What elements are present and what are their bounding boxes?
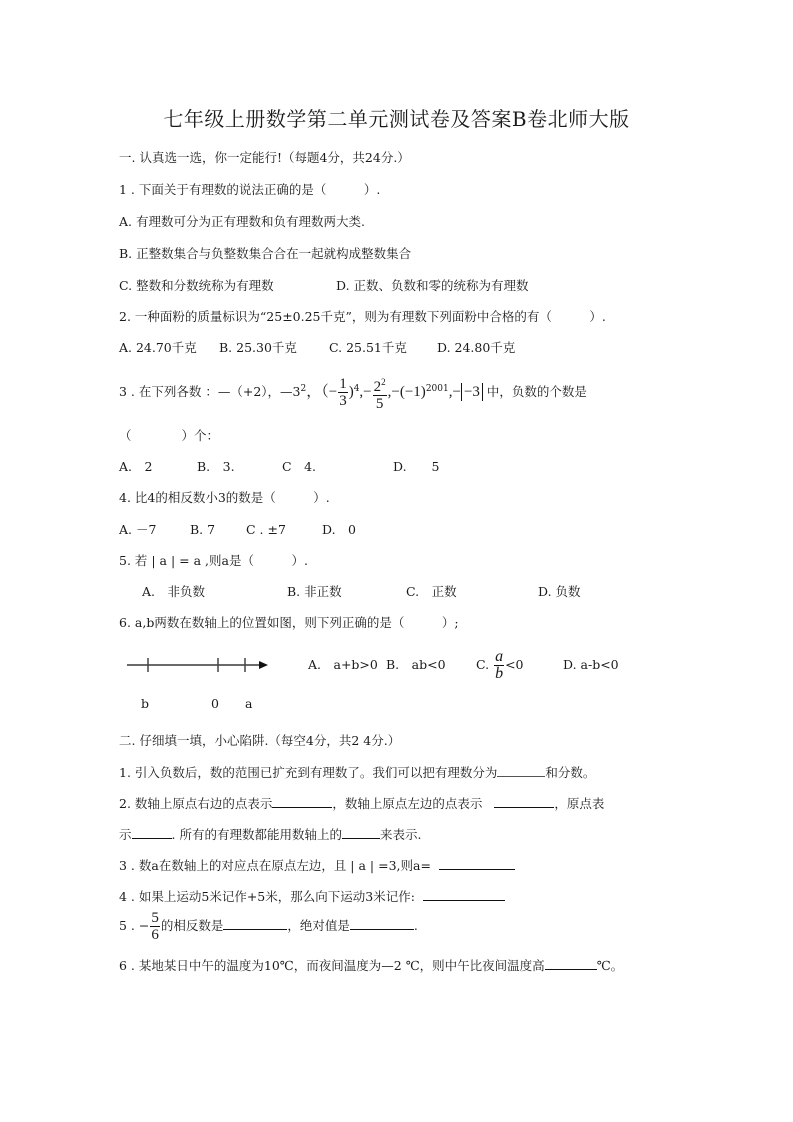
q6-stem: 6. a,b两数在数轴上的位置如图，则下列正确的是（ ）; — [119, 615, 459, 631]
q4-option-d: D. 0 — [322, 522, 356, 538]
fill-q2-blank-left[interactable] — [494, 795, 554, 808]
q5-option-c: C. 正数 — [406, 584, 457, 600]
fill-q1: 1. 引入负数后，数的范围已扩充到有理数了。我们可以把有理数分为和分数。 — [119, 764, 595, 781]
fill-q3: 3 . 数a在数轴上的对应点在原点左边，且 | a | =3,则a= — [119, 857, 515, 874]
q3-fraction-one-third: 13 — [338, 376, 348, 409]
q4-option-c: C . ±7 — [246, 522, 286, 538]
fill-q1-blank[interactable] — [497, 764, 545, 777]
number-line-label-a: a — [245, 696, 252, 711]
q3-power-2001: 2001 — [426, 384, 449, 394]
q3-stem: 3 . 在下列各数 ：—（+2），—32，（−13)4,−225,−(−1)20… — [119, 372, 587, 412]
q3-option-d: D. 5 — [393, 459, 440, 475]
q1-option-b: B. 正整数集合与负整数集合合在一起就构成整数集合 — [119, 246, 411, 262]
q2-option-b: B. 25.30千克 — [219, 340, 297, 356]
number-line-label-b: b — [141, 696, 149, 711]
fill-q5-blank-opposite[interactable] — [223, 917, 287, 930]
q3-prefix: 3 . 在下列各数 ：—（+2），—3 — [119, 384, 300, 399]
q1-stem: 1 . 下面关于有理数的说法正确的是（ ）. — [119, 182, 380, 198]
q3-option-b: B. 3. — [197, 459, 235, 475]
q6-option-d: D. a-b<0 — [563, 657, 619, 673]
fill-q2-blank-origin[interactable] — [132, 826, 172, 839]
q1-option-c: C. 整数和分数统称为有理数 — [119, 278, 274, 294]
q6-option-b: B. ab<0 — [386, 657, 446, 673]
q2-option-d: D. 24.80千克 — [437, 340, 515, 356]
q4-option-a: A. －7 — [119, 522, 156, 538]
q4-option-b: B. 7 — [190, 522, 215, 538]
fill-q2-blank-numberline[interactable] — [342, 826, 380, 839]
fill-q3-blank[interactable] — [439, 857, 515, 870]
fill-q5: 5 . −56的相反数是，绝对值是. — [119, 909, 418, 943]
q4-stem: 4. 比4的相反数小3的数是（ ）. — [119, 490, 330, 506]
q6-option-c: C. ab<0 — [476, 646, 524, 684]
fill-q2-line2: 示. 所有的有理数都能用数轴上的来表示. — [119, 826, 421, 843]
q5-option-a: A. 非负数 — [142, 584, 205, 600]
q6-fraction-a-over-b: ab — [494, 649, 504, 682]
q3-sep1: ，（− — [306, 384, 337, 400]
q3-absolute-value: −3 — [461, 383, 483, 401]
fill-q4: 4 . 如果上运动5米记作+5米，那么向下运动3米记作: — [119, 888, 505, 905]
q2-option-a: A. 24.70千克 — [119, 340, 197, 356]
fill-q5-blank-absolute[interactable] — [350, 917, 414, 930]
document-title: 七年级上册数学第二单元测试卷及答案B卷北师大版 — [0, 103, 793, 132]
q3-option-c: C 4. — [282, 459, 316, 475]
q3-suffix: 中，负数的个数是 — [487, 384, 587, 399]
q3-stem-line2: （ ）个： — [119, 428, 219, 444]
q2-option-c: C. 25.51千克 — [329, 340, 407, 356]
q3-fraction-two-sq-over-five: 225 — [373, 374, 387, 412]
fill-q2-blank-right[interactable] — [272, 795, 332, 808]
number-line-diagram — [127, 657, 277, 673]
q3-option-a: A. 2 — [119, 459, 152, 475]
fill-q6-blank[interactable] — [545, 957, 597, 970]
fill-q4-blank[interactable] — [423, 888, 505, 901]
section2-heading: 二. 仔细填一填，小心陷阱.（每空4分，共2 4分.） — [119, 733, 400, 749]
q1-option-d: D. 正数、负数和零的统称为有理数 — [336, 278, 529, 294]
section1-heading: 一. 认真选一选，你一定能行!（每题4分，共24分.） — [119, 150, 410, 166]
q1-option-a: A. 有理数可分为正有理数和负有理数两大类. — [119, 214, 365, 230]
fill-q6: 6 . 某地某日中午的温度为10℃，而夜间温度为—2 ℃，则中午比夜间温度高℃。 — [119, 957, 623, 974]
q6-option-a: A. a+b>0 — [308, 657, 378, 673]
q5-option-d: D. 负数 — [538, 584, 581, 600]
q5-stem: 5. 若 | a | = a ,则a是（ ）. — [119, 553, 308, 569]
fill-q2-line1: 2. 数轴上原点右边的点表示，数轴上原点左边的点表示 ，原点表 — [119, 795, 604, 812]
fill-q5-fraction-five-sixths: 56 — [150, 910, 160, 943]
q5-option-b: B. 非正数 — [287, 584, 342, 600]
q2-stem: 2. 一种面粉的质量标识为“25±0.25千克”，则为有理数下列面粉中合格的有（… — [119, 309, 606, 325]
number-line-label-zero: 0 — [211, 696, 219, 711]
